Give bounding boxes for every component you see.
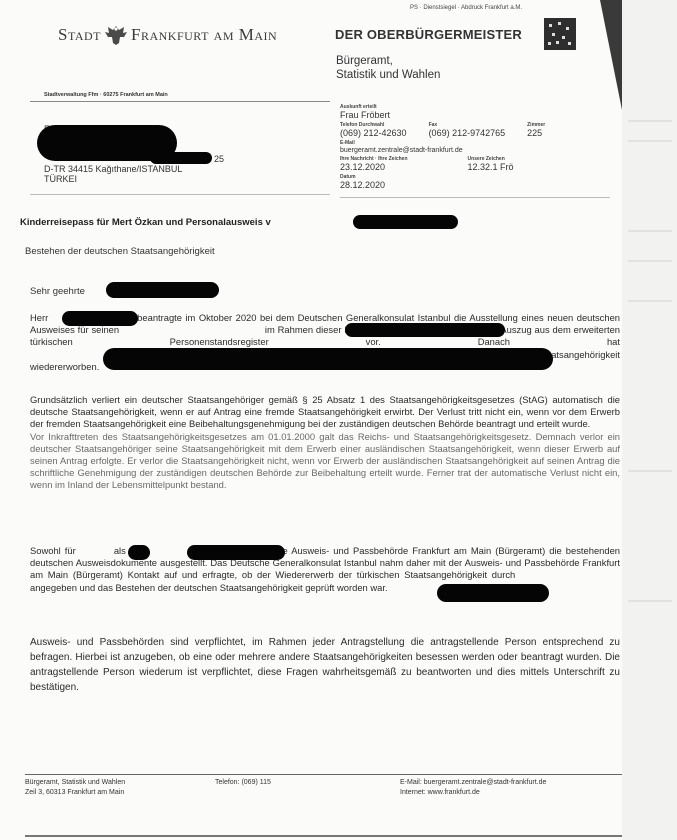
fax-value: (069) 212-9742765 xyxy=(429,128,506,138)
p1-part-a: Herr xyxy=(30,312,48,323)
city-name: Frankfurt am Main xyxy=(131,25,277,45)
subject-subline: Bestehen der deutschen Staatsangehörigke… xyxy=(25,246,215,257)
page-fold-shadow xyxy=(600,0,622,110)
redaction-subject xyxy=(353,215,458,229)
p1-part-c: im Rahmen dieser Beantragung legte Herr … xyxy=(30,324,620,347)
date-value: 28.12.2020 xyxy=(340,180,545,190)
p4-part-a: Sowohl für xyxy=(30,545,76,556)
footer-internet: Internet: www.frankfurt.de xyxy=(400,788,546,798)
our-ref-value: 12.32.1 Frö xyxy=(468,162,514,172)
redaction-p4-third xyxy=(437,584,549,602)
contact-value: Frau Fröbert xyxy=(340,110,545,120)
redaction-p1-name xyxy=(62,311,138,326)
office-title: DER OBERBÜRGERMEISTER xyxy=(335,27,522,42)
p2-text: Grundsätzlich verliert ein deutscher Sta… xyxy=(30,394,620,431)
info-rule xyxy=(340,197,610,198)
salutation: Sehr geehrte xyxy=(30,286,85,297)
p5-text: Ausweis- und Passbehörden sind verpflich… xyxy=(30,635,620,695)
p4-part-d: angegeben und das Bestehen der deutschen… xyxy=(30,582,388,593)
redaction-recipient-street xyxy=(150,152,212,164)
top-reference: PS · Dienstsiegel · Abdruck Frankfurt a.… xyxy=(410,5,522,11)
your-ref-value: 23.12.2020 xyxy=(340,162,408,172)
department-line2: Statistik und Wahlen xyxy=(336,68,440,82)
paragraph-obligations: Ausweis- und Passbehörden sind verpflich… xyxy=(30,635,620,695)
qr-stamp-icon xyxy=(544,18,576,50)
email-value: buergeramt.zentrale@stadt-frankfurt.de xyxy=(340,146,545,156)
department-line1: Bürgeramt, xyxy=(336,54,440,68)
redaction-p1-person xyxy=(103,348,553,370)
contact-info-block: Auskunft erteilt Frau Fröbert Telefon Du… xyxy=(340,104,545,190)
p3-text: Vor Inkrafttreten des Staatsangehörigkei… xyxy=(30,431,620,492)
address-rule xyxy=(30,194,330,195)
subject-line: Kinderreisepass für Mert Özkan und Perso… xyxy=(20,217,271,228)
eagle-crest-icon xyxy=(104,24,128,46)
footer-phone: Telefon: (069) 115 xyxy=(215,778,271,788)
city-logo: Stadt Frankfurt am Main xyxy=(58,24,277,46)
sender-rule xyxy=(30,101,330,102)
city-prefix: Stadt xyxy=(58,25,101,45)
letter-page: PS · Dienstsiegel · Abdruck Frankfurt a.… xyxy=(0,0,622,840)
footer-bottom-rule xyxy=(25,835,625,837)
recipient-country: TÜRKEI xyxy=(44,174,224,184)
redaction-p4-person xyxy=(187,545,285,560)
redaction-p4-child xyxy=(128,545,150,560)
background-page-edge xyxy=(622,0,677,840)
footer-web: E-Mail: buergeramt.zentrale@stadt-frankf… xyxy=(400,778,546,798)
footer-office: Bürgeramt, Statistik und Wahlen Zeil 3, … xyxy=(25,778,125,798)
department: Bürgeramt, Statistik und Wahlen xyxy=(336,54,440,82)
paragraph-principle: Grundsätzlich verliert ein deutscher Sta… xyxy=(30,394,620,492)
footer-rule xyxy=(25,774,625,775)
sender-line: Stadtverwaltung Ffm · 60275 Frankfurt am… xyxy=(44,92,168,98)
redaction-p1-son xyxy=(345,323,505,337)
recipient-city: D-TR 34415 Kağıthane/ISTANBUL xyxy=(44,164,224,174)
room-value: 225 xyxy=(527,128,545,138)
footer-office-line1: Bürgeramt, Statistik und Wahlen xyxy=(25,778,125,788)
footer-office-line2: Zeil 3, 60313 Frankfurt am Main xyxy=(25,788,125,798)
footer-email: E-Mail: buergeramt.zentrale@stadt-frankf… xyxy=(400,778,546,788)
redaction-salutation-name xyxy=(106,282,219,298)
phone-value: (069) 212-42630 xyxy=(340,128,407,138)
